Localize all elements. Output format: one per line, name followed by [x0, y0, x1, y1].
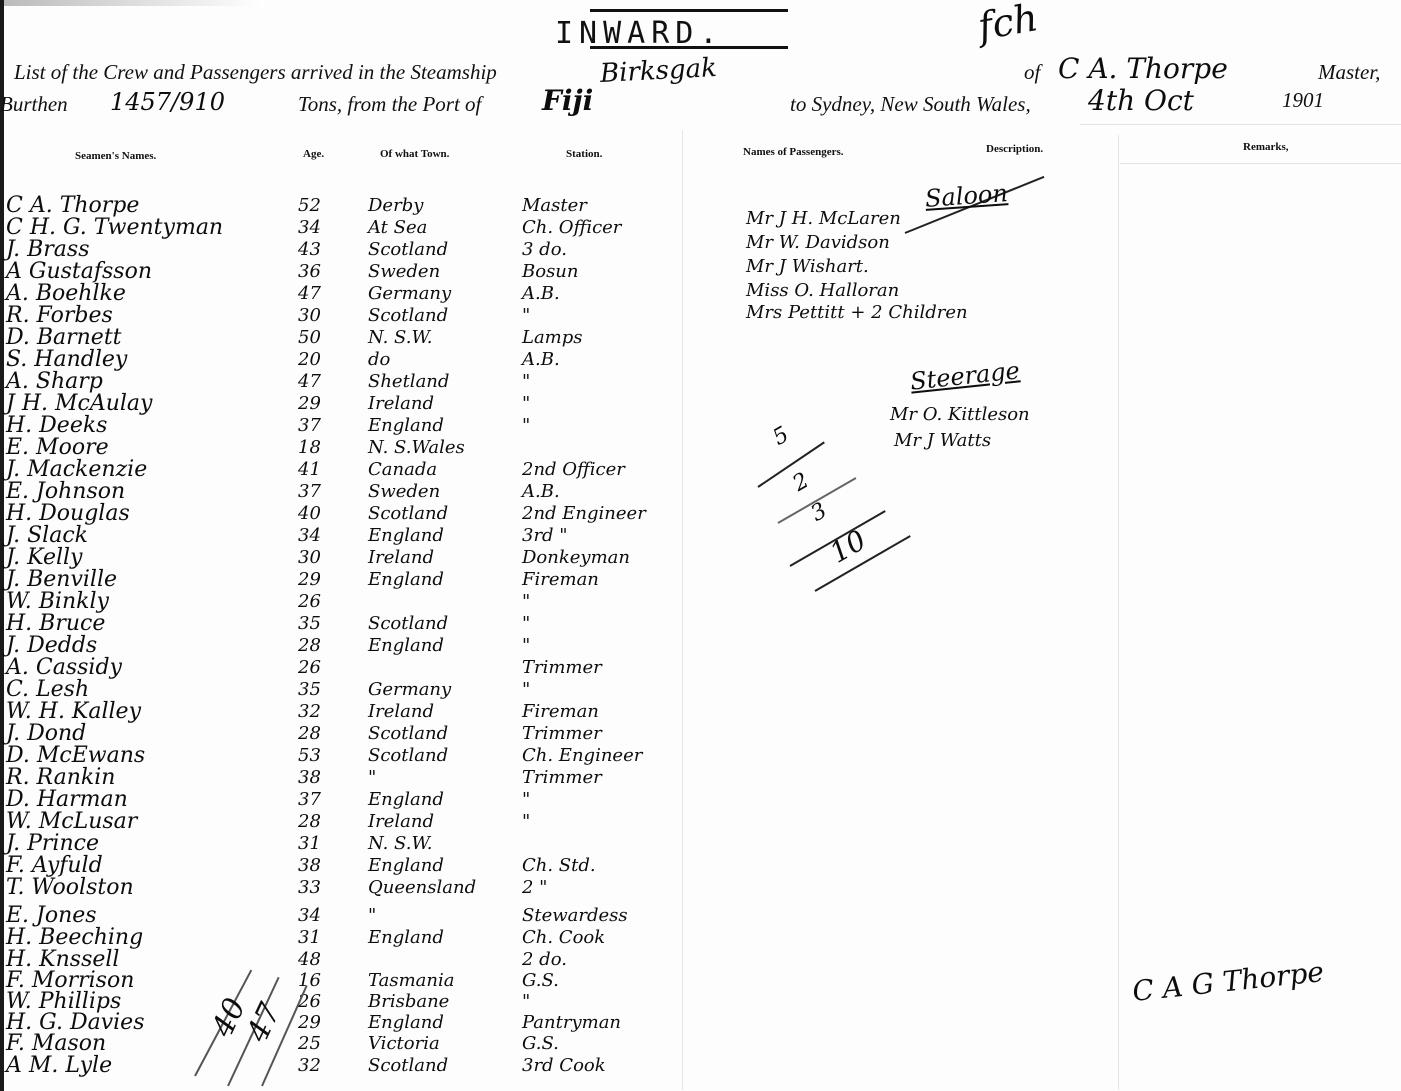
crew-row: F. Morrison16TasmaniaG.S. [0, 968, 700, 990]
crew-station: 2nd Officer [522, 459, 625, 480]
arrival-date: 4th Oct [1088, 84, 1194, 117]
crew-row: J H. McAulay29Ireland" [0, 391, 700, 413]
crew-row: J. Benville29EnglandFireman [0, 567, 700, 589]
crew-row: H. Deeks37England" [0, 413, 700, 435]
crew-station: 2 " [522, 877, 547, 898]
crew-town: Scotland [368, 1055, 448, 1076]
crew-station: Pantryman [522, 1012, 621, 1033]
crew-station: 2nd Engineer [522, 503, 646, 524]
arrival-year: 1901 [1282, 88, 1324, 113]
crew-station: G.S. [522, 970, 559, 991]
crew-age: 36 [298, 261, 338, 282]
crew-age: 32 [298, 1055, 338, 1076]
crew-name: A M. Lyle [6, 1053, 112, 1078]
crew-age: 35 [298, 679, 338, 700]
crew-age: 48 [298, 949, 338, 970]
crew-station: " [522, 415, 530, 436]
header-master-label: Master, [1318, 60, 1380, 85]
crew-station: Fireman [522, 569, 599, 590]
col-head-age: Age. [303, 148, 324, 160]
crew-age: 18 [298, 437, 338, 458]
crew-age: 37 [298, 789, 338, 810]
crew-row: R. Rankin38"Trimmer [0, 765, 700, 787]
crew-town: Scotland [368, 723, 448, 744]
crew-town: N. S.W. [368, 833, 433, 854]
title-rule-top [590, 9, 788, 12]
crew-row: H. G. Davies29EnglandPantryman [0, 1010, 700, 1032]
crew-town: Shetland [368, 371, 449, 392]
crew-row: D. Barnett50N. S.W.Lamps [0, 325, 700, 347]
crew-age: 20 [298, 349, 338, 370]
crew-town: England [368, 415, 444, 436]
header-tons-label: Tons, from the Port of [298, 92, 481, 117]
header-burthen-label: Burthen [0, 92, 68, 117]
crew-station: Trimmer [522, 723, 602, 744]
crew-age: 31 [298, 927, 338, 948]
crew-row: A. Boehlke47GermanyA.B. [0, 281, 700, 303]
crew-age: 53 [298, 745, 338, 766]
crew-age: 38 [298, 855, 338, 876]
crew-row: E. Jones34"Stewardess [0, 903, 700, 925]
crew-row: F. Ayfuld38EnglandCh. Std. [0, 853, 700, 875]
crew-row: J. Slack34England3rd " [0, 523, 700, 545]
master-name: C A. Thorpe [1058, 52, 1228, 85]
crew-age: 33 [298, 877, 338, 898]
crew-town: Sweden [368, 261, 440, 282]
steerage-passenger: Mr O. Kittleson [890, 404, 1030, 425]
crew-station: G.S. [522, 1033, 559, 1054]
crew-row: W. Binkly26" [0, 589, 700, 611]
crew-age: 29 [298, 1012, 338, 1033]
crew-age: 28 [298, 635, 338, 656]
col-head-remarks: Remarks, [1243, 141, 1289, 153]
crew-age: 35 [298, 613, 338, 634]
crew-station: Stewardess [522, 905, 628, 926]
crew-town: Tasmania [368, 970, 454, 991]
header-list-label: List of the Crew and Passengers arrived … [14, 60, 497, 85]
master-signature: C A G Thorpe [1131, 955, 1326, 1008]
header-of-label: of [1024, 60, 1040, 85]
crew-station: Master [522, 195, 587, 216]
crew-age: 43 [298, 239, 338, 260]
column-divider [1118, 135, 1119, 1090]
remarks-rule [1120, 163, 1401, 164]
saloon-passenger: Mr W. Davidson [746, 232, 890, 253]
crew-station: Donkeyman [522, 547, 630, 568]
crew-station: " [522, 679, 530, 700]
crew-station: " [522, 613, 530, 634]
crew-station: 3rd " [522, 525, 568, 546]
crew-town: England [368, 635, 444, 656]
crew-age: 47 [298, 283, 338, 304]
crew-station: Trimmer [522, 767, 602, 788]
steerage-passenger: Mr J Watts [894, 430, 991, 451]
crew-town: N. S.Wales [368, 437, 465, 458]
crew-town: Scotland [368, 745, 448, 766]
crew-row: J. Prince31N. S.W. [0, 831, 700, 853]
crew-station: " [522, 591, 530, 612]
crew-town: England [368, 855, 444, 876]
manifest-page: INWARD. fch List of the Crew and Passeng… [0, 0, 1401, 1091]
crew-age: 26 [298, 591, 338, 612]
crew-row: H. Douglas40Scotland2nd Engineer [0, 501, 700, 523]
crew-row: C A. Thorpe52DerbyMaster [0, 193, 700, 215]
crew-age: 26 [298, 991, 338, 1012]
crew-town: Ireland [368, 547, 434, 568]
crew-row: H. Bruce35Scotland" [0, 611, 700, 633]
port-name: Fiji [542, 84, 593, 117]
crew-town: England [368, 1012, 444, 1033]
crew-station: " [522, 811, 530, 832]
crew-age: 28 [298, 723, 338, 744]
crew-station: 2 do. [522, 949, 567, 970]
crew-row: C H. G. Twentyman34At SeaCh. Officer [0, 215, 700, 237]
crew-station: A.B. [522, 349, 560, 370]
crew-row: S. Handley20doA.B. [0, 347, 700, 369]
crew-town: Ireland [368, 811, 434, 832]
crew-age: 40 [298, 503, 338, 524]
crew-town: Ireland [368, 393, 434, 414]
crew-row: H. Knssell482 do. [0, 947, 700, 969]
crew-age: 34 [298, 525, 338, 546]
crew-row: J. Dond28ScotlandTrimmer [0, 721, 700, 743]
page-top-shadow [4, 0, 264, 6]
burthen-value: 1457/910 [110, 88, 225, 116]
crew-age: 52 [298, 195, 338, 216]
title-rule-bottom [590, 46, 788, 49]
crew-town: Scotland [368, 239, 448, 260]
crew-age: 31 [298, 833, 338, 854]
crew-station: 3 do. [522, 239, 567, 260]
crew-row: E. Johnson37SwedenA.B. [0, 479, 700, 501]
crew-town: " [368, 767, 376, 788]
crew-name: T. Woolston [6, 875, 134, 900]
crew-station: Fireman [522, 701, 599, 722]
crew-row: W. Phillips26Brisbane" [0, 989, 700, 1011]
crew-age: 41 [298, 459, 338, 480]
crew-row: D. Harman37England" [0, 787, 700, 809]
crew-age: 34 [298, 905, 338, 926]
crew-town: Germany [368, 679, 451, 700]
crew-age: 37 [298, 481, 338, 502]
crew-station: " [522, 371, 530, 392]
crew-station: Ch. Officer [522, 217, 621, 238]
crew-row: R. Forbes30Scotland" [0, 303, 700, 325]
crew-town: At Sea [368, 217, 427, 238]
crew-row: F. Mason25VictoriaG.S. [0, 1031, 700, 1053]
title-block: INWARD. [555, 6, 835, 50]
crew-age: 47 [298, 371, 338, 392]
saloon-passenger: Miss O. Halloran [746, 280, 899, 301]
tally-number: 3 [807, 498, 832, 527]
crew-town: " [368, 905, 376, 926]
crew-town: Queensland [368, 877, 476, 898]
crew-age: 50 [298, 327, 338, 348]
crew-town: Canada [368, 459, 437, 480]
crew-town: England [368, 789, 444, 810]
header-rule [1080, 124, 1401, 125]
crew-row: J. Mackenzie41Canada2nd Officer [0, 457, 700, 479]
crew-station: Trimmer [522, 657, 602, 678]
crew-row: A. Cassidy26Trimmer [0, 655, 700, 677]
crew-town: Germany [368, 283, 451, 304]
crew-station: " [522, 393, 530, 414]
crew-row: W. H. Kalley32IrelandFireman [0, 699, 700, 721]
crew-station: Bosun [522, 261, 579, 282]
crew-age: 28 [298, 811, 338, 832]
crew-age: 29 [298, 569, 338, 590]
crew-town: Scotland [368, 305, 448, 326]
crew-row: W. McLusar28Ireland" [0, 809, 700, 831]
crew-row: C. Lesh35Germany" [0, 677, 700, 699]
crew-station: Ch. Std. [522, 855, 596, 876]
crew-age: 25 [298, 1033, 338, 1054]
crew-station: " [522, 305, 530, 326]
crew-row: J. Brass43Scotland3 do. [0, 237, 700, 259]
ship-name: Birksgak [599, 53, 717, 89]
crew-town: Derby [368, 195, 423, 216]
crew-town: Victoria [368, 1033, 440, 1054]
crew-station: A.B. [522, 481, 560, 502]
crew-station: Lamps [522, 327, 583, 348]
crew-row: A M. Lyle32Scotland3rd Cook [0, 1053, 700, 1075]
steerage-label: Steerage [909, 356, 1021, 395]
crew-age: 30 [298, 547, 338, 568]
col-head-passengers: Names of Passengers. [743, 146, 844, 158]
crew-age: 30 [298, 305, 338, 326]
crew-row: D. McEwans53ScotlandCh. Engineer [0, 743, 700, 765]
crew-row: J. Dedds28England" [0, 633, 700, 655]
tally-number: 5 [769, 422, 794, 451]
crew-town: Ireland [368, 701, 434, 722]
crew-row: A. Sharp47Shetland" [0, 369, 700, 391]
crew-row: T. Woolston33Queensland2 " [0, 875, 700, 897]
crew-row: A Gustafsson36SwedenBosun [0, 259, 700, 281]
crew-age: 29 [298, 393, 338, 414]
header-destination-label: to Sydney, New South Wales, [790, 92, 1031, 117]
col-head-town: Of what Town. [380, 148, 449, 160]
saloon-passenger: Mrs Pettitt + 2 Children [746, 302, 968, 323]
crew-town: Sweden [368, 481, 440, 502]
crew-age: 38 [298, 767, 338, 788]
crew-age: 32 [298, 701, 338, 722]
crew-row: H. Beeching31EnglandCh. Cook [0, 925, 700, 947]
crew-age: 34 [298, 217, 338, 238]
crew-age: 37 [298, 415, 338, 436]
crew-station: " [522, 991, 530, 1012]
crew-station: Ch. Cook [522, 927, 605, 948]
crew-age: 26 [298, 657, 338, 678]
col-head-seamen: Seamen's Names. [75, 150, 156, 162]
crew-town: England [368, 569, 444, 590]
crew-station: " [522, 789, 530, 810]
crew-town: Scotland [368, 503, 448, 524]
crew-station: Ch. Engineer [522, 745, 642, 766]
col-head-description: Description. [986, 143, 1043, 155]
crew-town: do [368, 349, 390, 370]
crew-town: N. S.W. [368, 327, 433, 348]
crew-town: Scotland [368, 613, 448, 634]
saloon-passenger: Mr J Wishart. [746, 256, 869, 277]
crew-town: England [368, 927, 444, 948]
crew-row: J. Kelly30IrelandDonkeyman [0, 545, 700, 567]
saloon-label: Saloon [924, 179, 1009, 213]
col-head-station: Station. [566, 148, 602, 160]
crew-station: A.B. [522, 283, 560, 304]
crew-station: " [522, 635, 530, 656]
saloon-passenger: Mr J H. McLaren [746, 208, 901, 229]
clerk-initials: fch [975, 0, 1042, 49]
crew-station: 3rd Cook [522, 1055, 606, 1076]
crew-town: England [368, 525, 444, 546]
crew-town: Brisbane [368, 991, 449, 1012]
crew-row: E. Moore18N. S.Wales [0, 435, 700, 457]
tally-number: 2 [789, 468, 814, 497]
